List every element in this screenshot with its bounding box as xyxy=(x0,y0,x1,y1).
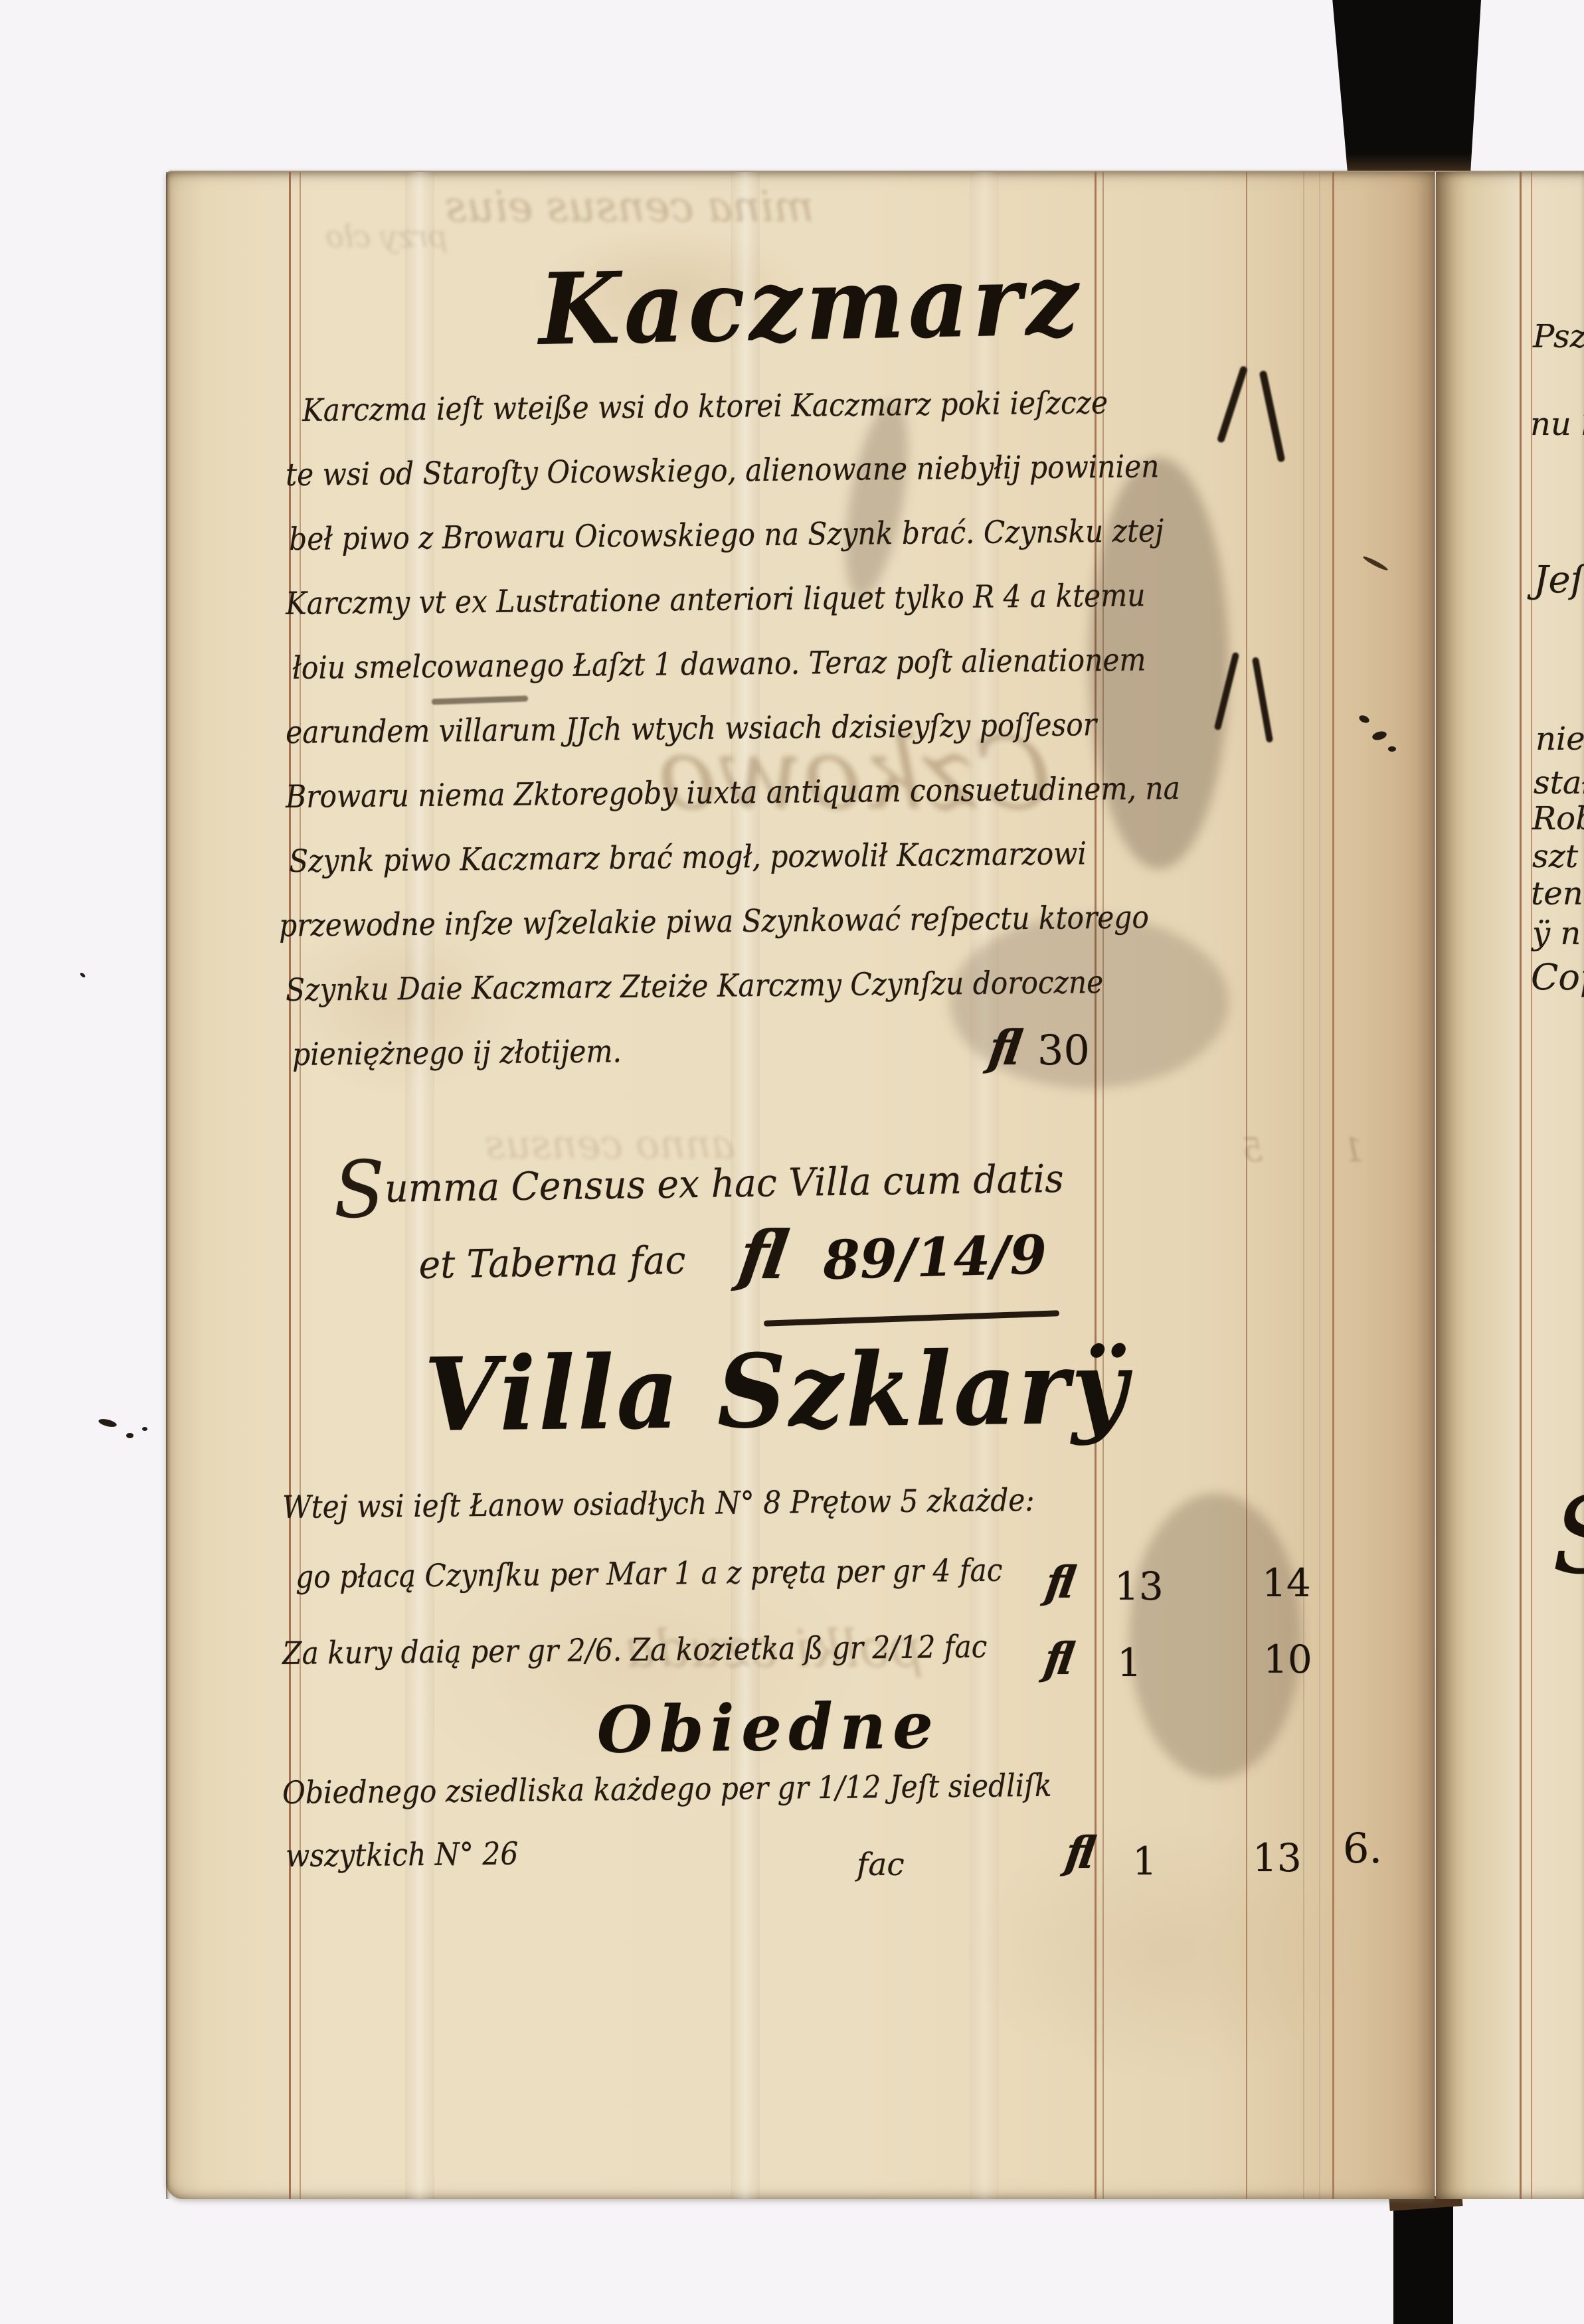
faint-column-line xyxy=(1303,172,1304,2199)
obiedne-line: Obiednego zsiedliska każdego per gr 1/12… xyxy=(282,1770,1052,1809)
section-title-villa-szklary: Villa Szklarÿ xyxy=(424,1327,1130,1454)
margin-rule-line xyxy=(1520,172,1522,2199)
ink-speck xyxy=(98,1418,118,1428)
obiedne-col1: 1 xyxy=(1132,1839,1157,1884)
section-title-obiedne: Obiedne xyxy=(596,1688,940,1768)
next-page-text-fragment: nu ƀ xyxy=(1530,406,1584,443)
ink-speck xyxy=(79,972,86,979)
summa-line1-text: umma Census ex hac Villa cum datis xyxy=(385,1156,1064,1211)
paragraph1-line: łoiu smelcowanego Łaſzt 1 dawano. Teraz … xyxy=(292,645,1146,684)
ink-smudge xyxy=(1129,1493,1302,1779)
paragraph1-line: earundem villarum JJch wtych wsiach dzis… xyxy=(286,709,1097,748)
bleedthrough-text: mina census eius xyxy=(445,183,814,232)
florin-symbol: fl xyxy=(1062,1827,1094,1878)
next-page-text-fragment: Rob xyxy=(1532,800,1584,837)
paragraph1-line: te wsi od Staroſty Oicowskiego, alienowa… xyxy=(286,451,1160,491)
paragraph1-line: przewodne inſze wſzelakie piwa Szynkować… xyxy=(279,902,1149,942)
ink-stroke xyxy=(1252,657,1273,743)
column-rule-line xyxy=(1246,172,1247,2199)
next-page-text-fragment: stał xyxy=(1534,764,1584,801)
summa-line1: Summa Census ex hac Villa cum datis xyxy=(333,1156,1064,1212)
strike-mark xyxy=(432,695,528,705)
initial-s: S xyxy=(333,1143,386,1236)
amount-underline xyxy=(764,1310,1059,1327)
paragraph1-line: beł piwo z Browaru Oicowskiego na Szynk … xyxy=(289,515,1164,555)
obiedne-line: wszytkich N° 26 xyxy=(286,1839,518,1872)
next-page-text-fragment: Jeſ xyxy=(1534,558,1584,602)
next-page-text-fragment: szt xyxy=(1532,838,1578,875)
next-page-text-fragment: Psz xyxy=(1533,318,1584,355)
scanner-gap-bottom xyxy=(1393,2199,1453,2324)
page-left-edge xyxy=(166,172,171,2199)
florin-symbol: fl xyxy=(1042,1556,1074,1608)
villa-row2-col2: 10 xyxy=(1263,1637,1312,1682)
next-page-text-fragment: tena xyxy=(1531,875,1584,912)
paragraph1-line: Szynku Daie Kaczmarz Zteiże Karczmy Czyn… xyxy=(286,967,1103,1006)
florin-symbol: fl xyxy=(1041,1633,1073,1685)
villa-row2-col1: 1 xyxy=(1117,1640,1142,1685)
summa-line2: et Taberna fac xyxy=(418,1238,686,1287)
column-rule-line xyxy=(1332,172,1334,2199)
scanner-gap-top xyxy=(1331,0,1481,171)
ink-stroke xyxy=(1217,365,1249,444)
summa-amount: 89/14/9 xyxy=(822,1223,1047,1291)
ink-smudge xyxy=(834,396,921,602)
next-page-sliver: Psz nu ƀ Jeſ niei stał Rob szt tena ÿ n … xyxy=(1436,171,1584,2199)
next-page-text-fragment: ÿ n xyxy=(1532,915,1581,952)
villa-row-text: go płacą Czynſku per Mar 1 a z pręta per… xyxy=(296,1555,1003,1593)
next-page-text-fragment: Cop xyxy=(1531,956,1584,998)
next-page-flourish: S xyxy=(1552,1473,1584,1598)
paragraph1-line: Karczma ieſt wteiße wsi do ktorei Kaczma… xyxy=(302,387,1108,426)
villa-row1-col1: 13 xyxy=(1114,1564,1164,1609)
ink-speck xyxy=(142,1427,147,1431)
villa-intro-line: Wtej wsi ieſt Łanow osiadłych N° 8 Pręto… xyxy=(282,1485,1035,1523)
ink-stroke xyxy=(1259,370,1286,462)
bleedthrough-text: przy cło xyxy=(325,218,448,254)
obiedne-col3: 6. xyxy=(1343,1824,1382,1872)
manuscript-scan: mina census eius przy cło Czkowo 18 15 p… xyxy=(0,0,1584,2324)
paragraph1-line: Karczmy vt ex Lustratione anteriori liqu… xyxy=(286,580,1146,620)
amount-value-30: 30 xyxy=(1037,1026,1090,1074)
section-title-kaczmarz: Kaczmarz xyxy=(538,242,1083,367)
obiedne-col2: 13 xyxy=(1253,1835,1302,1880)
paragraph1-line: pieniężnego ij złotijem. xyxy=(292,1036,622,1070)
ink-speck xyxy=(126,1433,133,1438)
paragraph1-line: Szynk piwo Kaczmarz brać mogł, pozwolił … xyxy=(289,838,1087,877)
obiedne-fac: fac xyxy=(857,1847,905,1883)
florin-symbol: fl xyxy=(734,1216,788,1294)
next-page-text-fragment: niei xyxy=(1536,720,1584,758)
manuscript-page: mina census eius przy cło Czkowo 18 15 p… xyxy=(166,171,1435,2199)
margin-rule-line xyxy=(1531,172,1532,2199)
faint-column-line xyxy=(1319,172,1320,2199)
paragraph1-line: Browaru niema Zktoregoby iuxta antiquam … xyxy=(286,773,1180,813)
villa-row-text: Za kury daią per gr 2/6. Za kozietka ß g… xyxy=(282,1631,988,1669)
villa-row1-col2: 14 xyxy=(1262,1560,1311,1606)
ink-speck xyxy=(1388,746,1396,752)
